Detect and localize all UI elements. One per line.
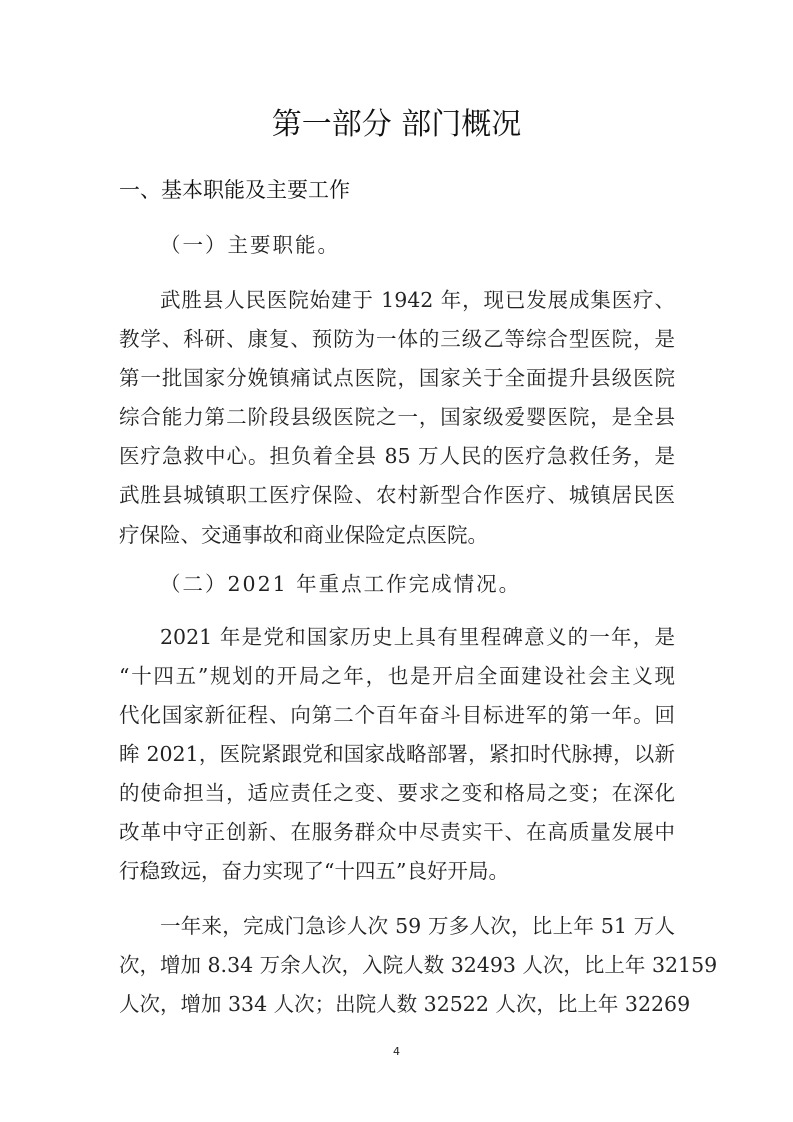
paragraph-line: 行稳致远，奋力实现了“十四五”良好开局。 <box>119 857 675 885</box>
paragraph-line: 教学、科研、康复、预防为一体的三级乙等综合型医院，是 <box>119 325 675 353</box>
paragraph-line: 次，增加 8.34 万余人次，入院人数 32493 人次，比上年 32159 <box>119 951 675 979</box>
subsection-heading-1: （一）主要职能。 <box>160 231 340 259</box>
paragraph-line: “十四五”规划的开局之年，也是开启全面建设社会主义现 <box>119 662 675 690</box>
paragraph-line: 医疗急救中心。担负着全县 85 万人民的医疗急救任务，是 <box>119 442 675 470</box>
paragraph-line: 疗保险、交通事故和商业保险定点医院。 <box>119 521 675 549</box>
subsection-heading-2: （二）2021 年重点工作完成情况。 <box>160 570 521 598</box>
paragraph-line: 综合能力第二阶段县级医院之一，国家级爱婴医院，是全县 <box>119 403 675 431</box>
paragraph-line: 武胜县城镇职工医疗保险、农村新型合作医疗、城镇居民医 <box>119 481 675 509</box>
paragraph-line: 武胜县人民医院始建于 1942 年，现已发展成集医疗、 <box>160 286 675 314</box>
paragraph-line: 的使命担当，适应责任之变、要求之变和格局之变；在深化 <box>119 779 675 807</box>
paragraph-line: 第一批国家分娩镇痛试点医院，国家关于全面提升县级医院 <box>119 364 675 392</box>
page-number: 4 <box>0 1045 793 1058</box>
page-title: 第一部分 部门概况 <box>0 106 793 144</box>
section-heading: 一、基本职能及主要工作 <box>119 176 350 204</box>
document-page: 第一部分 部门概况 一、基本职能及主要工作 （一）主要职能。 武胜县人民医院始建… <box>0 0 793 1122</box>
paragraph-line: 人次，增加 334 人次；出院人数 32522 人次，比上年 32269 <box>119 990 675 1018</box>
paragraph-line: 2021 年是党和国家历史上具有里程碑意义的一年，是 <box>160 623 675 651</box>
paragraph-line: 代化国家新征程、向第二个百年奋斗目标进军的第一年。回 <box>119 701 675 729</box>
paragraph-line: 一年来，完成门急诊人次 59 万多人次，比上年 51 万人 <box>160 912 675 940</box>
paragraph-line: 改革中守正创新、在服务群众中尽责实干、在高质量发展中 <box>119 818 675 846</box>
paragraph-line: 眸 2021，医院紧跟党和国家战略部署，紧扣时代脉搏，以新 <box>119 740 675 768</box>
